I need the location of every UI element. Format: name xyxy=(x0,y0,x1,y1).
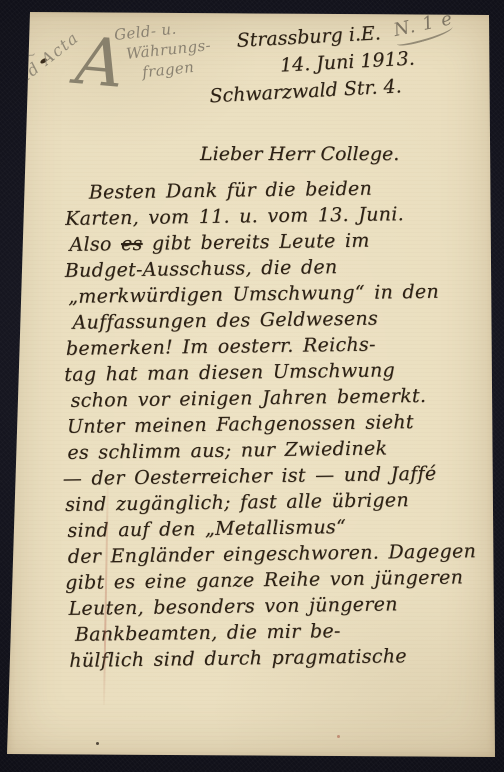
body-line-part: Also xyxy=(69,233,121,256)
scan-background: ~ ad Acta A Geld- u. Währungs- fragen N.… xyxy=(0,0,504,772)
letter-head: Strassburg i.E. 14. Juni 1913. Schwarzwa… xyxy=(194,18,428,111)
body-line-part: gibt bereits Leute im xyxy=(142,230,369,255)
struck-word: es xyxy=(121,233,143,255)
letter-page: ~ ad Acta A Geld- u. Währungs- fragen N.… xyxy=(0,0,504,772)
red-speck xyxy=(337,735,340,738)
salutation: Lieber Herr College. xyxy=(200,143,399,165)
pencil-dot xyxy=(96,742,99,745)
letter-body: Besten Dank für die beiden Karten, vom 1… xyxy=(59,174,490,674)
